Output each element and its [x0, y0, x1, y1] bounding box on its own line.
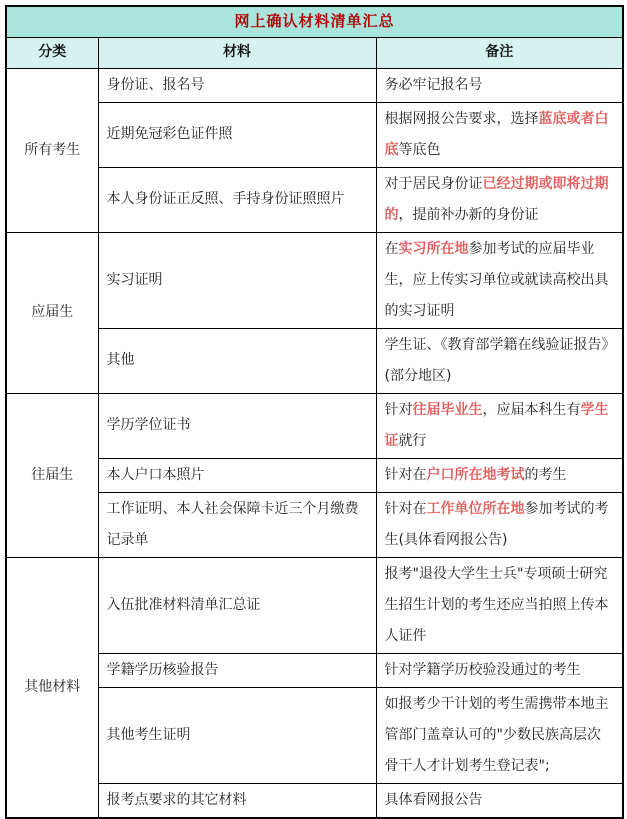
category-cell: 往届生 [6, 393, 98, 557]
note-text: 对于居民身份证 [385, 176, 483, 192]
material-cell: 身份证、报名号 [98, 68, 376, 102]
note-cell: 针对往届毕业生，应届本科生有学生证就行 [376, 393, 623, 458]
note-text: 学生证、《教育部学籍在线验证报告》(部分地区) [385, 337, 609, 384]
note-text: 就行 [399, 433, 427, 449]
note-cell: 务必牢记报名号 [376, 68, 623, 102]
note-text: 报考"退役大学生士兵"专项硕士研究生招生计划的考生还应当拍照上传本人证件 [385, 566, 609, 644]
table-row: 报考点要求的其它材料具体看网报公告 [6, 783, 623, 818]
table-row: 近期免冠彩色证件照根据网报公告要求，选择蓝底或者白底等底色 [6, 102, 623, 167]
note-text: 具体看网报公告 [385, 792, 483, 808]
material-cell: 其他考生证明 [98, 687, 376, 783]
note-highlight-text: 实习所在地 [399, 241, 469, 257]
note-cell: 报考"退役大学生士兵"专项硕士研究生招生计划的考生还应当拍照上传本人证件 [376, 557, 623, 653]
note-text: ，提前补办新的身份证 [399, 207, 539, 223]
table-row: 其他考生证明如报考少干计划的考生需携带本地主管部门盖章认可的"少数民族高层次骨干… [6, 687, 623, 783]
note-text: 针对在 [385, 467, 427, 483]
category-cell: 其他材料 [6, 557, 98, 818]
note-cell: 如报考少干计划的考生需携带本地主管部门盖章认可的"少数民族高层次骨干人才计划考生… [376, 687, 623, 783]
column-header-note: 备注 [376, 37, 623, 68]
table-row: 其他材料入伍批准材料清单汇总证报考"退役大学生士兵"专项硕士研究生招生计划的考生… [6, 557, 623, 653]
note-cell: 针对学籍学历校验没通过的考生 [376, 653, 623, 687]
table-row: 学籍学历核验报告针对学籍学历校验没通过的考生 [6, 653, 623, 687]
note-text: 根据网报公告要求，选择 [385, 111, 539, 127]
note-text: 在 [385, 241, 399, 257]
table-row: 所有考生身份证、报名号务必牢记报名号 [6, 68, 623, 102]
table-row: 其他学生证、《教育部学籍在线验证报告》(部分地区) [6, 328, 623, 393]
material-cell: 报考点要求的其它材料 [98, 783, 376, 818]
column-header-category: 分类 [6, 37, 98, 68]
category-cell: 应届生 [6, 232, 98, 393]
note-text: 务必牢记报名号 [385, 77, 483, 93]
material-cell: 学历学位证书 [98, 393, 376, 458]
note-text: 如报考少干计划的考生需携带本地主管部门盖章认可的"少数民族高层次骨干人才计划考生… [385, 696, 609, 774]
note-text: 等底色 [399, 142, 441, 158]
table-row: 本人户口本照片针对在户口所在地考试的考生 [6, 458, 623, 492]
note-cell: 对于居民身份证已经过期或即将过期的，提前补办新的身份证 [376, 167, 623, 232]
material-cell: 学籍学历核验报告 [98, 653, 376, 687]
material-cell: 工作证明、本人社会保障卡近三个月缴费记录单 [98, 492, 376, 557]
column-header-material: 材料 [98, 37, 376, 68]
page: 网上确认材料清单汇总 分类 材料 备注 所有考生身份证、报名号务必牢记报名号近期… [0, 0, 627, 770]
note-text: 针对在 [385, 501, 427, 517]
note-cell: 在实习所在地参加考试的应届毕业生，应上传实习单位或就读高校出具的实习证明 [376, 232, 623, 328]
material-cell: 本人身份证正反照、手持身份证照照片 [98, 167, 376, 232]
table-row: 本人身份证正反照、手持身份证照照片对于居民身份证已经过期或即将过期的，提前补办新… [6, 167, 623, 232]
note-highlight-text: 户口所在地考试 [427, 467, 525, 483]
column-header-row: 分类 材料 备注 [6, 37, 623, 68]
table-row: 工作证明、本人社会保障卡近三个月缴费记录单针对在工作单位所在地参加考试的考生(具… [6, 492, 623, 557]
table-row: 应届生实习证明在实习所在地参加考试的应届毕业生，应上传实习单位或就读高校出具的实… [6, 232, 623, 328]
table-body: 所有考生身份证、报名号务必牢记报名号近期免冠彩色证件照根据网报公告要求，选择蓝底… [6, 68, 623, 818]
material-cell: 其他 [98, 328, 376, 393]
note-cell: 针对在工作单位所在地参加考试的考生(具体看网报公告) [376, 492, 623, 557]
note-highlight-text: 工作单位所在地 [427, 501, 525, 517]
title-row: 网上确认材料清单汇总 [6, 6, 623, 37]
note-cell: 根据网报公告要求，选择蓝底或者白底等底色 [376, 102, 623, 167]
note-cell: 针对在户口所在地考试的考生 [376, 458, 623, 492]
materials-table: 网上确认材料清单汇总 分类 材料 备注 所有考生身份证、报名号务必牢记报名号近期… [5, 5, 624, 819]
material-cell: 入伍批准材料清单汇总证 [98, 557, 376, 653]
material-cell: 实习证明 [98, 232, 376, 328]
material-cell: 本人户口本照片 [98, 458, 376, 492]
note-cell: 具体看网报公告 [376, 783, 623, 818]
note-text: ，应届本科生有 [483, 402, 581, 418]
category-cell: 所有考生 [6, 68, 98, 232]
note-highlight-text: 往届毕业生 [413, 402, 483, 418]
table-row: 往届生学历学位证书针对往届毕业生，应届本科生有学生证就行 [6, 393, 623, 458]
note-text: 针对 [385, 402, 413, 418]
note-text: 针对学籍学历校验没通过的考生 [385, 662, 581, 678]
material-cell: 近期免冠彩色证件照 [98, 102, 376, 167]
note-cell: 学生证、《教育部学籍在线验证报告》(部分地区) [376, 328, 623, 393]
table-title: 网上确认材料清单汇总 [6, 6, 623, 37]
note-text: 的考生 [525, 467, 567, 483]
